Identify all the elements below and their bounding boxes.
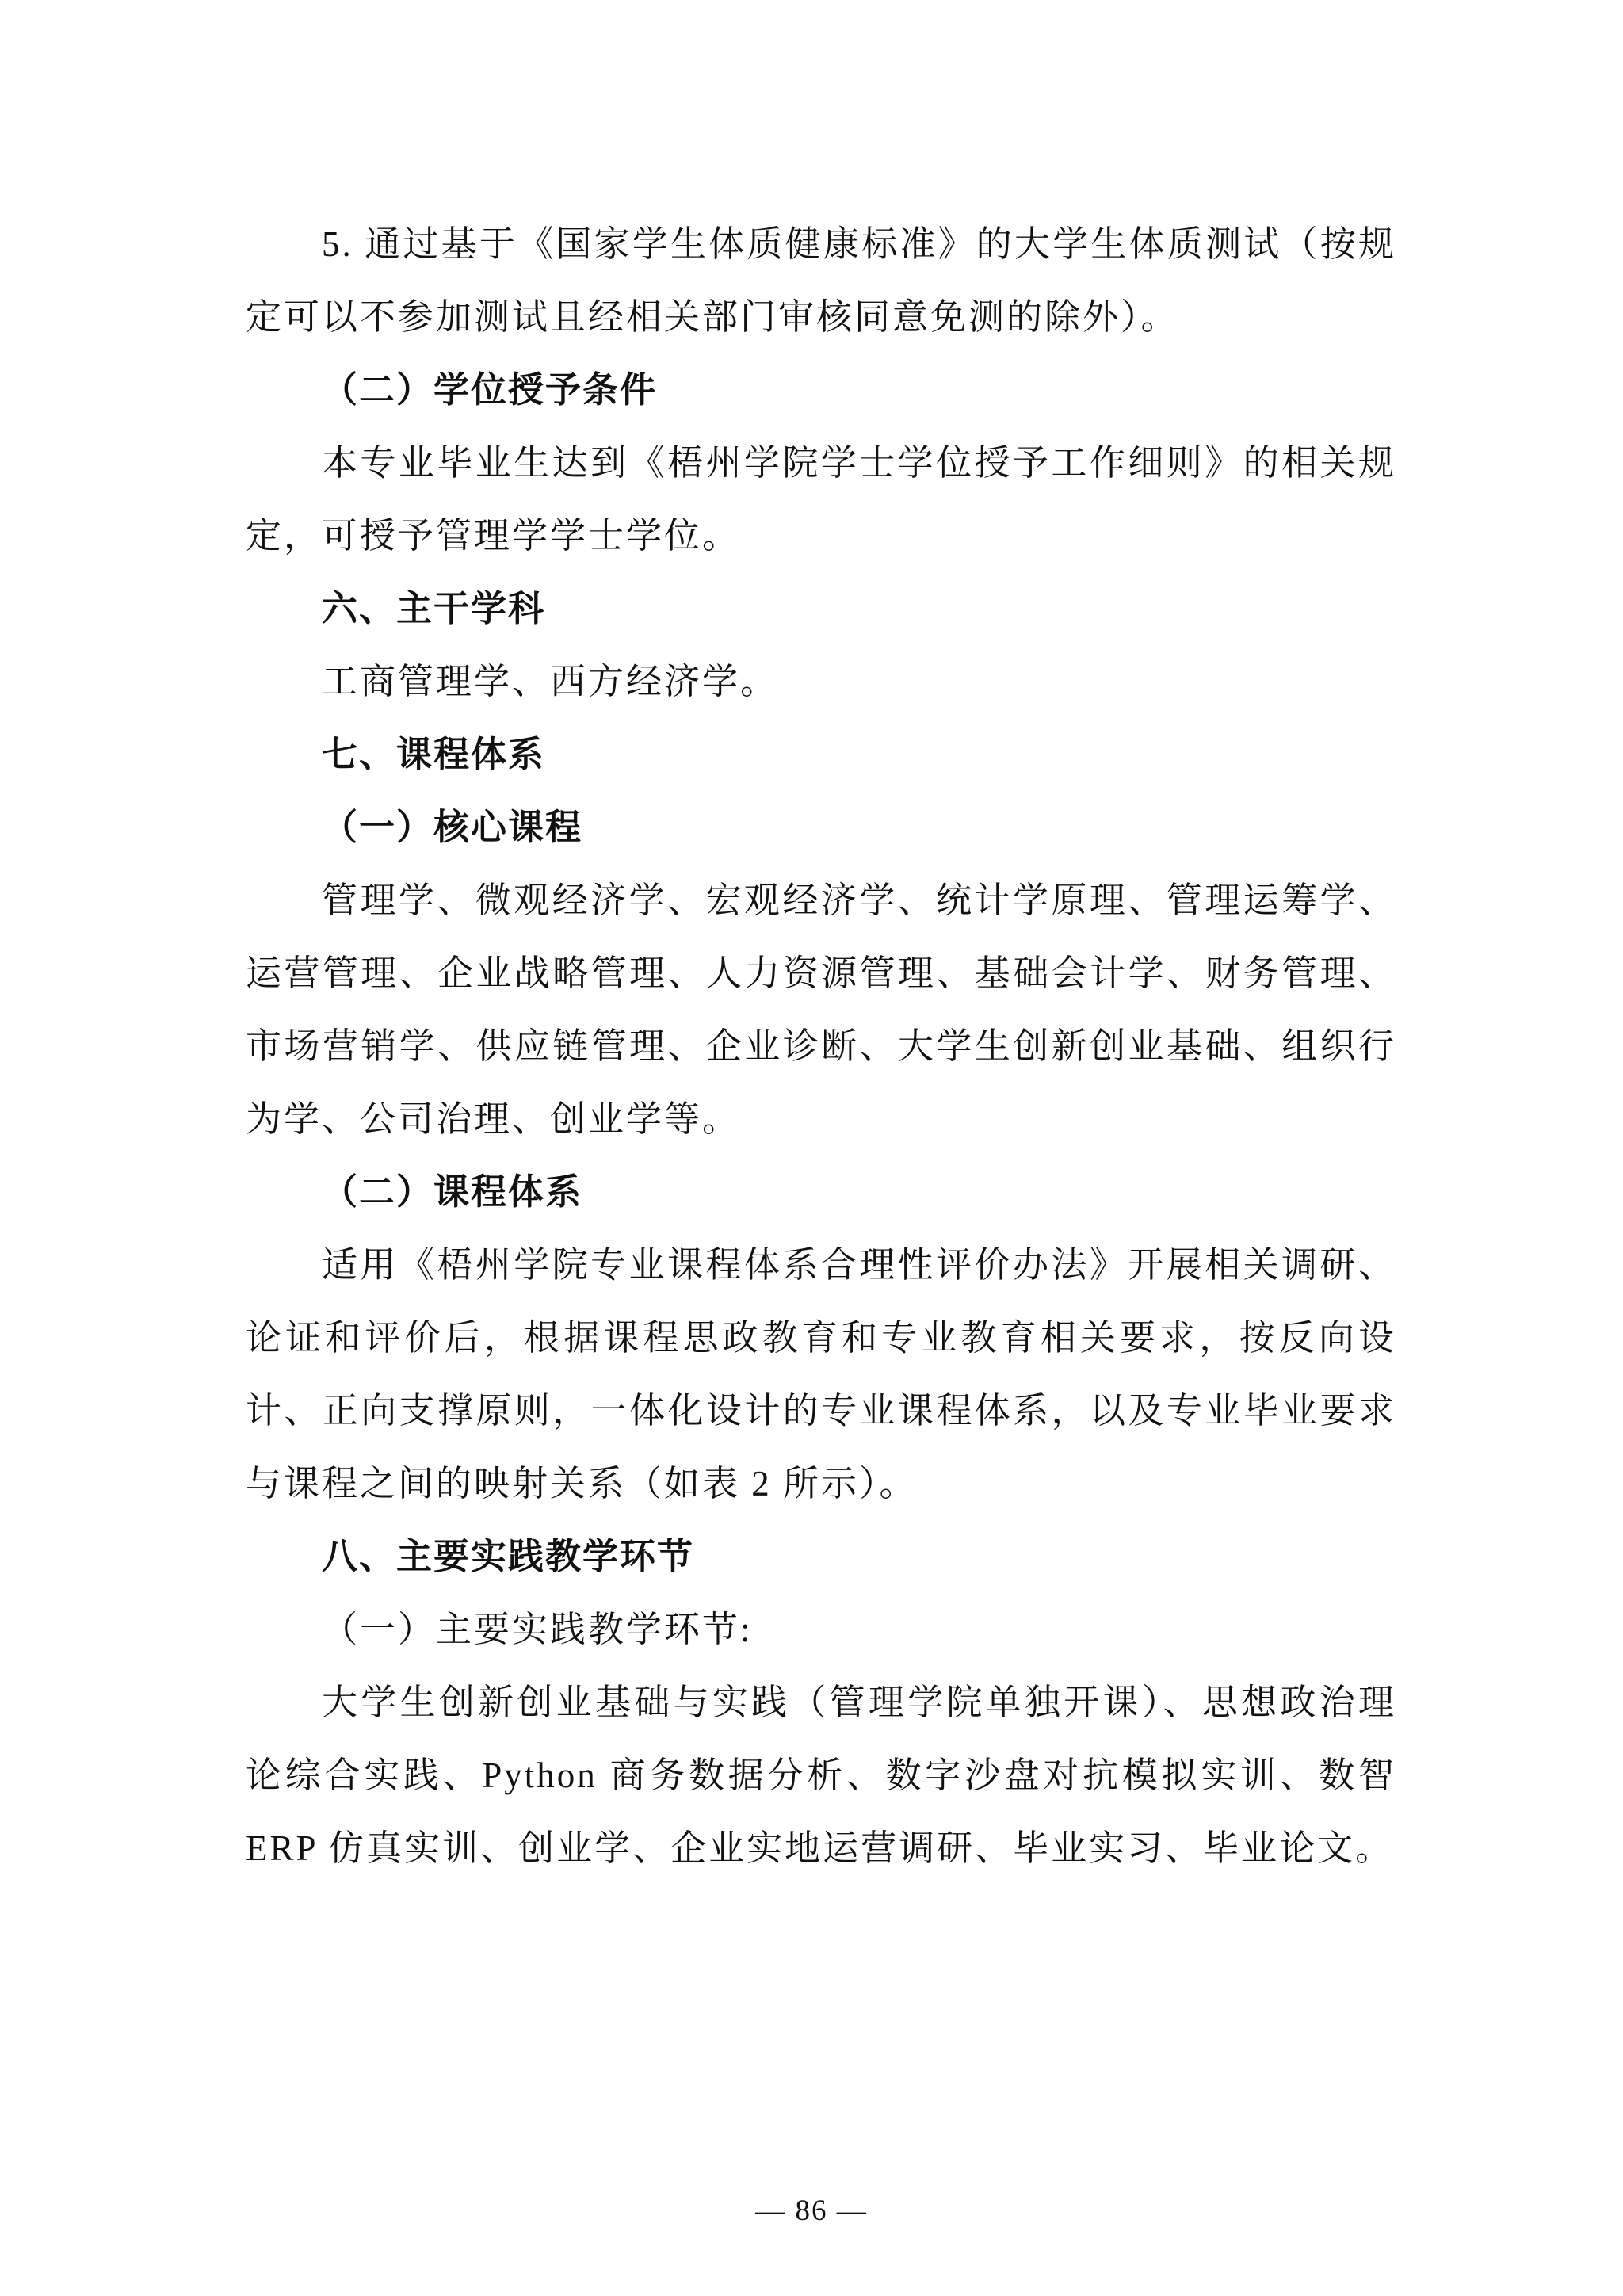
subheading-practical-teaching-list: （一）主要实践教学环节: (246, 1593, 1396, 1666)
document-body: 5. 通过基于《国家学生体质健康标准》的大学生体质测试（按规定可以不参加测试且经… (246, 208, 1396, 1885)
heading-course-system: （二）课程体系 (246, 1156, 1396, 1228)
paragraph-fitness-test-requirement: 5. 通过基于《国家学生体质健康标准》的大学生体质测试（按规定可以不参加测试且经… (246, 208, 1396, 353)
page-number: — 86 — (0, 2194, 1623, 2228)
heading-core-courses: （一）核心课程 (246, 791, 1396, 864)
heading-curriculum-system: 七、课程体系 (246, 718, 1396, 791)
paragraph-main-disciplines: 工商管理学、西方经济学。 (246, 645, 1396, 718)
paragraph-course-system-evaluation: 适用《梧州学院专业课程体系合理性评价办法》开展相关调研、论证和评价后，根据课程思… (246, 1228, 1396, 1520)
heading-degree-conferral-conditions: （二）学位授予条件 (246, 353, 1396, 426)
paragraph-core-courses-list: 管理学、微观经济学、宏观经济学、统计学原理、管理运筹学、运营管理、企业战略管理、… (246, 864, 1396, 1156)
paragraph-degree-conferral: 本专业毕业生达到《梧州学院学士学位授予工作细则》的相关规定，可授予管理学学士学位… (246, 426, 1396, 572)
paragraph-practical-teaching-items: 大学生创新创业基础与实践（管理学院单独开课）、思想政治理论综合实践、Python… (246, 1666, 1396, 1885)
document-page: 5. 通过基于《国家学生体质健康标准》的大学生体质测试（按规定可以不参加测试且经… (0, 0, 1623, 2296)
heading-practical-teaching: 八、主要实践教学环节 (246, 1520, 1396, 1593)
heading-main-disciplines: 六、主干学科 (246, 572, 1396, 645)
